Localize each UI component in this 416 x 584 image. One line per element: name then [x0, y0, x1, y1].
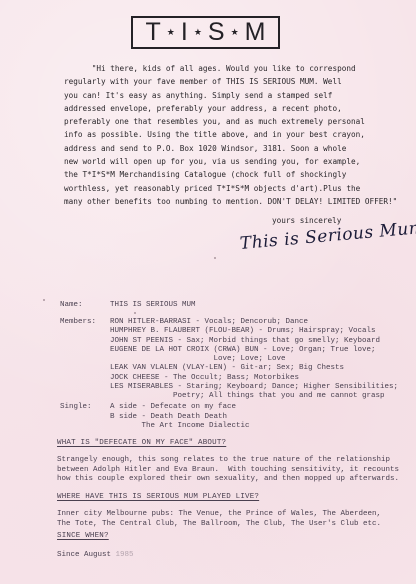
- scan-speck: [43, 299, 45, 301]
- answer-text-1: Strangely enough, this song relates to t…: [57, 456, 399, 485]
- logo-letter-i: I: [181, 20, 188, 45]
- logo-letter-m: M: [245, 20, 266, 45]
- answer-3-prefix: Since August: [57, 551, 116, 559]
- scanned-letter-page: T ★ I ★ S ★ M "Hi there, kids of all age…: [0, 0, 416, 584]
- star-icon: ★: [231, 29, 239, 38]
- star-icon: ★: [167, 29, 175, 38]
- members-label: Members:: [60, 318, 96, 327]
- members-list: RON HITLER-BARRASI - Vocals; Dencorub; D…: [110, 318, 398, 402]
- question-heading-1: WHAT IS "DEFECATE ON MY FACE" ABOUT?: [57, 439, 226, 447]
- scan-speck: [134, 312, 136, 314]
- question-heading-2: WHERE HAVE THIS IS SERIOUS MUM PLAYED LI…: [57, 493, 259, 501]
- letter-closing: yours sincerely: [272, 216, 341, 225]
- star-icon: ★: [194, 29, 202, 38]
- faint-year: 1985: [116, 551, 134, 559]
- letter-body-text: "Hi there, kids of all ages. Would you l…: [64, 62, 397, 208]
- logo-letter-t: T: [146, 20, 161, 45]
- answer-text-3: Since August 1985: [57, 551, 134, 561]
- logo-letter-s: S: [208, 20, 225, 45]
- scan-speck: [214, 257, 216, 259]
- question-heading-3: SINCE WHEN?: [57, 532, 109, 540]
- name-label: Name:: [60, 301, 83, 309]
- tism-logo: T ★ I ★ S ★ M: [131, 16, 280, 49]
- single-tracklist: A side - Defecate on my face B side - De…: [110, 403, 250, 432]
- name-value: THIS IS SERIOUS MUM: [110, 301, 196, 309]
- single-label: Single:: [60, 403, 92, 413]
- answer-text-2: Inner city Melbourne pubs: The Venue, th…: [57, 510, 381, 529]
